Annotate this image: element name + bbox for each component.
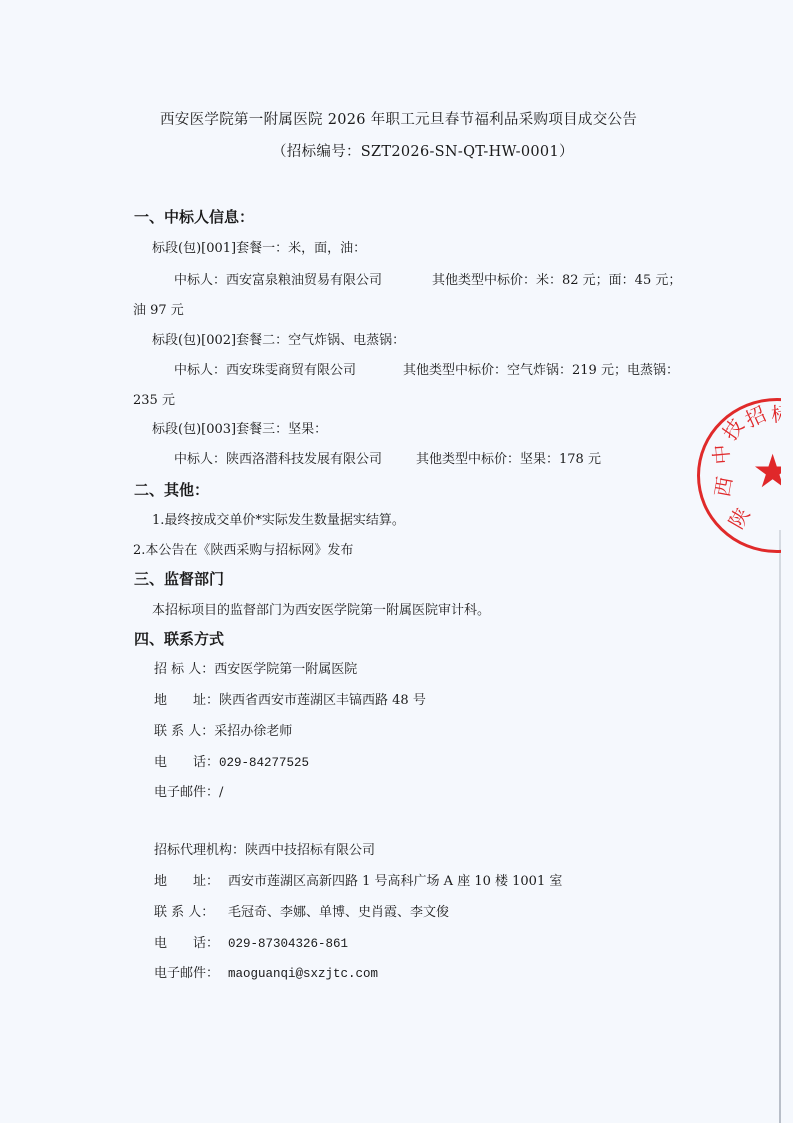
seal-char: 标 xyxy=(770,397,781,428)
company-seal: 陕 西 中 技 招 标 ★ xyxy=(0,0,781,1123)
seal-star-icon: ★ xyxy=(752,448,781,494)
document-page: 西安医学院第一附属医院 2026 年职工元旦春节福利品采购项目成交公告 （招标编… xyxy=(0,0,793,1123)
seal-char: 中 xyxy=(705,443,736,465)
